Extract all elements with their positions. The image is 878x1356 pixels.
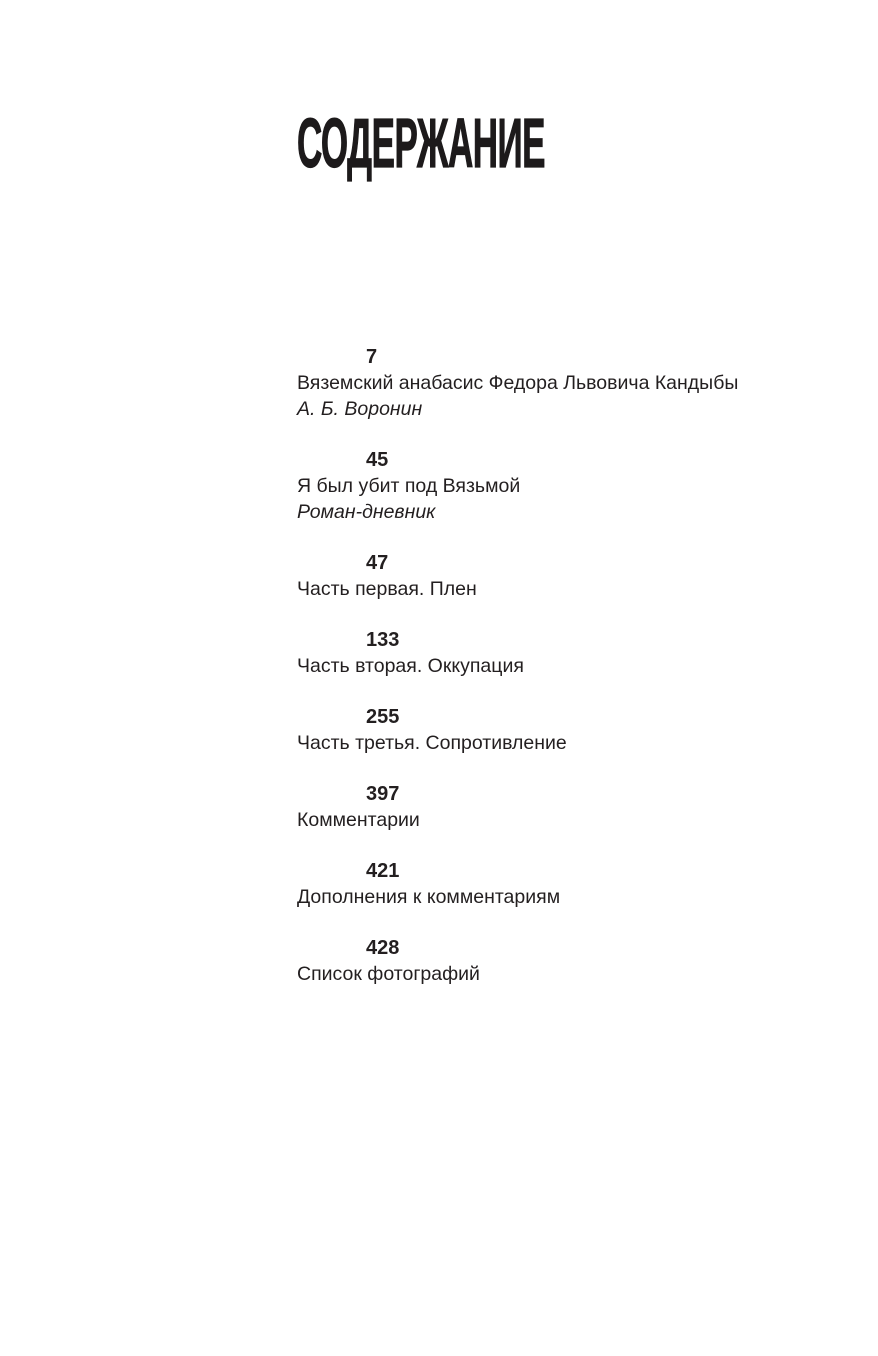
toc-page-number: 133	[297, 627, 857, 653]
toc-entry-title[interactable]: Дополнения к комментариям	[297, 884, 857, 910]
toc-entry[interactable]: 47 Часть первая. Плен	[297, 550, 857, 602]
toc-page-number: 7	[297, 344, 857, 370]
page-title: СОДЕРЖАНИЕ	[297, 108, 545, 178]
toc-page-number: 397	[297, 781, 857, 807]
toc-entry-title[interactable]: Я был убит под Вязьмой	[297, 473, 857, 499]
toc-entry-title[interactable]: Список фотографий	[297, 961, 857, 987]
toc-entry-title[interactable]: Вяземский анабасис Федора Львовича Канды…	[297, 370, 857, 396]
toc-page-number: 45	[297, 447, 857, 473]
toc-entry[interactable]: 255 Часть третья. Сопротивление	[297, 704, 857, 756]
toc-page-number: 428	[297, 935, 857, 961]
toc-entry-title[interactable]: Часть третья. Сопротивление	[297, 730, 857, 756]
toc-entry-title[interactable]: Часть вторая. Оккупация	[297, 653, 857, 679]
toc-page-number: 255	[297, 704, 857, 730]
toc-entry[interactable]: 428 Список фотографий	[297, 935, 857, 987]
toc-entry[interactable]: 421 Дополнения к комментариям	[297, 858, 857, 910]
toc-page-number: 421	[297, 858, 857, 884]
toc-entry[interactable]: 7 Вяземский анабасис Федора Львовича Кан…	[297, 344, 857, 422]
table-of-contents: 7 Вяземский анабасис Федора Львовича Кан…	[297, 344, 857, 1012]
toc-entry-author: А. Б. Воронин	[297, 396, 857, 422]
toc-entry-subtitle: Роман-дневник	[297, 499, 857, 525]
toc-entry-title[interactable]: Комментарии	[297, 807, 857, 833]
toc-entry[interactable]: 133 Часть вторая. Оккупация	[297, 627, 857, 679]
toc-page-number: 47	[297, 550, 857, 576]
toc-entry-title[interactable]: Часть первая. Плен	[297, 576, 857, 602]
toc-entry[interactable]: 397 Комментарии	[297, 781, 857, 833]
toc-entry[interactable]: 45 Я был убит под Вязьмой Роман-дневник	[297, 447, 857, 525]
